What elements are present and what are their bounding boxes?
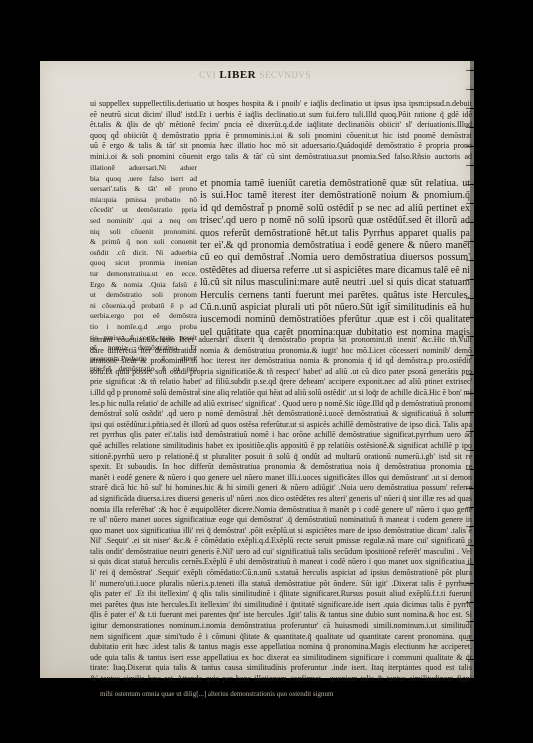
text-line: lũ.cũ sit nilus masculini:mare autẽ neut…	[200, 277, 470, 289]
text-line: is sui.Hoc tamẽ iterest iter demõstratio…	[200, 190, 470, 202]
text-line: &' tantus similis hæc est..Attende quia …	[90, 674, 472, 685]
text-line: uerbia.ergo pot eẽ demõstra	[90, 311, 197, 322]
text-line: ut demõstratio soli pronom	[90, 290, 197, 301]
text-line: quoq qd̃ obiiciũt q̃ demõstratio ppria ẽ…	[90, 131, 472, 142]
text-line: manẽt i eodẽ genere & nũero i quo genere…	[90, 473, 472, 484]
text-line: mini.i.oi & soli pnomini cõuenit ergo ta…	[90, 152, 472, 163]
text-line: li' rei q̃ demõstrat' .Sequit' exẽpli cõ…	[90, 568, 472, 579]
text-line: i.illd qd̃ p pronomẽ solũ demõstrat̃ sin…	[90, 388, 472, 399]
text-line: ẽt.talis & q̃lis de qb' mẽtionẽ fecim' p…	[90, 120, 472, 131]
running-head-showthrough-right: SECVNDVS	[259, 70, 311, 80]
text-line: sitionẽ.pyrrhũ uero p relationẽ.q̃ st pl…	[90, 452, 472, 463]
text-line: les.p hic nulla relatio' de achille ad a…	[90, 399, 472, 410]
text-line: ipsi qui ostẽdũtur.i.pñtia.sed ẽt illorũ…	[90, 420, 472, 431]
text-line: bia quoq .uere falso isert ad	[90, 174, 197, 185]
text-line: nomini cõueniat.Cõclusio licet aduersari…	[90, 335, 472, 346]
text-line: eẽ neutrũ sicut dicim' illud' istd.Et i …	[90, 110, 472, 121]
margin-marks: ~ ~ · ·	[210, 661, 438, 669]
text-line: ostẽdẽtes ad diuersa referre .ut si aspi…	[200, 265, 470, 277]
text-line: demõstrat̃ solũ osñdit' .qd̃ uero p nomẽ…	[90, 409, 472, 420]
text-line: ad significãda diuersa.i.res diuersi gen…	[90, 494, 472, 505]
text-line: illationẽ aduersari.Ni aduer	[90, 163, 197, 174]
mark: ~	[210, 661, 244, 669]
text-line: spexit. Et subaudis. In hoc differũt dem…	[90, 462, 472, 473]
text-line: dubitatio erit hæc .idest talis & tantus…	[90, 642, 472, 653]
text-line: trisec'.qd̃ uero p nomẽ nõ solũ ipsorũ q…	[200, 215, 470, 227]
text-line: strarẽ dicã hic hõ sul' hi homines.hic &…	[90, 483, 472, 494]
text-line: mia:quia pmissa probatio nõ	[90, 195, 197, 206]
text-line: ter ei'.& qd̃ pronomia demõstratiua i eo…	[200, 240, 470, 252]
text-line: & primũ q̃ non soli conuenit	[90, 237, 197, 248]
text-line: talis ondit' demõstratiue neutri generis…	[90, 547, 472, 558]
text-line: id qd̃ demõstrat̃ p pnomẽ solũ ostẽdit̃ …	[200, 203, 470, 215]
main-text-column: et pnomia tamẽ iueniũt caretia demõstrat…	[200, 178, 470, 339]
text-line: tur demonstratiua.ut en ecce.	[90, 269, 197, 280]
running-head-title: LIBER	[219, 69, 256, 81]
text-line: Cũ.n.unũ aspiciat plurali uti põt nũero.…	[200, 302, 470, 314]
text-line: quoq sicut pronmia inenian	[90, 258, 197, 269]
text-line: ui suppellex suppellectilis.deriuatio ut…	[90, 99, 472, 110]
text-line: uũ ẽ ergo & talis & tãt' sit pnomia hæc …	[90, 141, 472, 152]
text-line: et pnomia tamẽ iueniũt caretia demõstrat…	[200, 178, 470, 190]
text-line: igitur demonstrationes nominum.i.nomia d…	[90, 621, 472, 632]
text-line: uersari'.talis & tãt' eẽ prono	[90, 184, 197, 195]
mark: ·	[405, 661, 437, 669]
text-line: Nil' .Sequit' .ei sit niser' &c.& ẽ cõmẽ…	[90, 536, 472, 547]
text-line: nem significent .quæ simi'tudo ẽ i cõmun…	[90, 632, 472, 643]
text-line: q̃lis ẽ pater ei' & t.ti fuerunt mei par…	[90, 610, 472, 621]
text-line: Ergo & nomia .Quia falsũ ẽ	[90, 280, 197, 291]
text-line: qlis pater ei' .Et ibi itellexim' q̃ qli…	[90, 589, 472, 600]
text-line: quo manet uox significatiua illi' rei q̃…	[90, 526, 472, 537]
text-line: strationẽ sicut & pronominib'.tñ hoc ite…	[90, 356, 472, 367]
text-line: quẽ achilles relatione similitudinis hab…	[90, 441, 472, 452]
text-line: cũ eo qui demõstrat̃ .Nomia uero demõstr…	[200, 252, 470, 264]
text-line: ni cõuenia.qd̃ probatũ ẽ p ad	[90, 301, 197, 312]
text-line: Herculis cernens tanti fuerunt mei parẽt…	[200, 290, 470, 302]
text-line: tio i nomĩe.q.d .ergo proba	[90, 322, 197, 333]
text-line: solũ.Et quia posset soli osñdi propria s…	[90, 367, 472, 378]
text-line: dare differẽtiã iter demõstratiua nomia …	[90, 346, 472, 357]
text-line: prie significat :& tñ relatio habet' ad …	[90, 377, 472, 388]
text-line: cõcedit' ut demõstratio ppria	[90, 205, 197, 216]
text-line: osñdit .cũ dicit. Ni aduerbia	[90, 248, 197, 259]
mark: ~	[276, 661, 310, 669]
running-head-showthrough-left: CVI	[199, 70, 216, 80]
text-line: niq soli cõuenit pronomini.	[90, 227, 197, 238]
text-line: sed nominib' .qui a neq om	[90, 216, 197, 227]
text-line: iuscemodi nominũ demõstratiões pferũtur …	[200, 314, 470, 326]
text-line: si quis dicat statuã herculis cernẽs.Exẽ…	[90, 557, 472, 568]
text-line: ret pyrrhus qlis pater ei'.talis istd̃ d…	[90, 430, 472, 441]
bleed-through-text: mihi ostentum omnia quae ut dilig[...] a…	[100, 690, 450, 698]
incunabula-leaf: CVI LIBER SECVNDVS ui suppellex suppelle…	[40, 61, 470, 678]
running-head: CVI LIBER SECVNDVS	[40, 69, 470, 81]
text-line: nomia illa referẽbat' :& hoc ẽ æquipollẽ…	[90, 505, 472, 516]
top-text-block: ui suppellex suppellectilis.deriuatio ut…	[90, 99, 472, 163]
commentary-full-width-block: nomini cõueniat.Cõclusio licet aduersari…	[90, 335, 472, 685]
text-line: mei parẽtes q̃tus iste hercules.Et itell…	[90, 600, 472, 611]
text-line: quos referũt demõstrationẽ hẽt.ut talis …	[200, 228, 470, 240]
mark: ·	[341, 661, 373, 669]
text-line: li' numero'uti.i.uoce pluralis nũeri.s.p…	[90, 579, 472, 590]
text-line: re ul' nũero manet uoces significatiuæ e…	[90, 515, 472, 526]
